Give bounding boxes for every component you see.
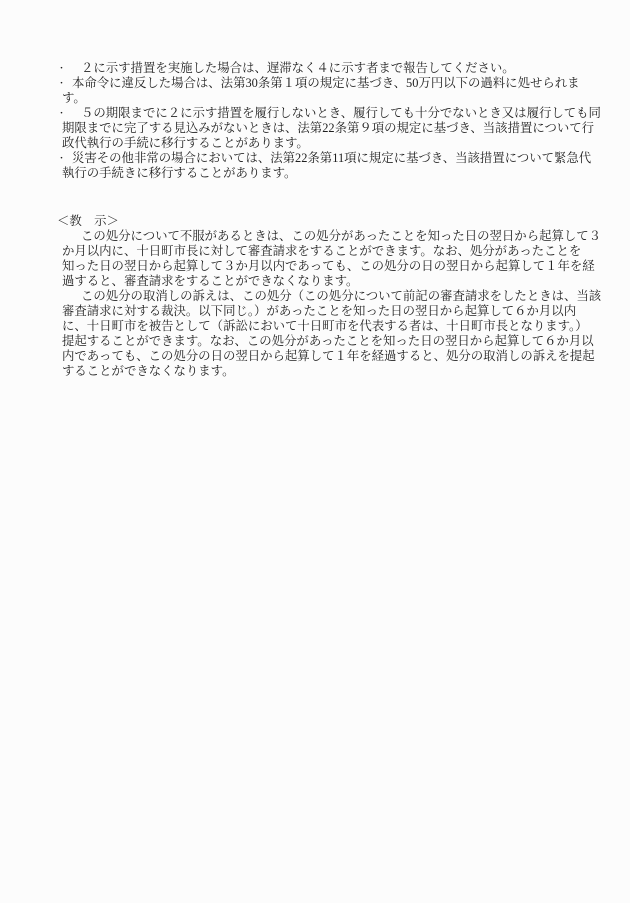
paragraph-line: か月以内に、十日町市長に対して審査請求をすることができます。なお、処分があったこ… [62, 244, 630, 259]
bullet-marker: ・ [57, 106, 71, 121]
bullet-list: ・ ２に示す措置を実施した場合は、遅滞なく４に示す者まで報告してください。 ・ … [0, 61, 630, 181]
notice-paragraph-appeal-request: この処分について不服があるときは、この処分があったことを知った日の翌日から起算し… [0, 229, 630, 289]
bullet-marker: ・ [57, 151, 71, 166]
paragraph-line: 審査請求に対する裁決。以下同じ。）があったことを知った日の翌日から起算して６か月… [62, 304, 630, 319]
bullet-line: 本命令に違反した場合は、法第30条第１項の規定に基づき、50万円以下の過料に処せ… [72, 76, 630, 91]
paragraph-line: 内であっても、この処分の日の翌日から起算して１年を経過すると、処分の取消しの訴え… [62, 349, 630, 364]
bullet-item-administrative-execution: ・ ５の期限までに２に示す措置を履行しないとき、履行しても十分でないとき又は履行… [0, 106, 630, 151]
paragraph-line: に、十日町市を被告として（訴訟において十日町市を代表する者は、十日町市長となりま… [62, 319, 630, 334]
document-content: ・ ２に示す措置を実施した場合は、遅滞なく４に示す者まで報告してください。 ・ … [0, 0, 630, 379]
bullet-line: 執行の手続きに移行することがあります。 [62, 166, 630, 181]
bullet-marker: ・ [57, 61, 71, 76]
paragraph-line: 知った日の翌日から起算して３か月以内であっても、この処分の日の翌日から起算して１… [62, 259, 630, 274]
notice-paragraph-revocation-suit: この処分の取消しの訴えは、この処分（この処分について前記の審査請求をしたときは、… [0, 289, 630, 379]
paragraph-line: この処分について不服があるときは、この処分があったことを知った日の翌日から起算し… [81, 229, 630, 244]
bullet-item-report: ・ ２に示す措置を実施した場合は、遅滞なく４に示す者まで報告してください。 [0, 61, 630, 76]
paragraph-line: 提起することができます。なお、この処分があったことを知った日の翌日から起算して６… [62, 334, 630, 349]
paragraph-line: この処分の取消しの訴えは、この処分（この処分について前記の審査請求をしたときは、… [81, 289, 630, 304]
bullet-line: 政代執行の手続に移行することがあります。 [62, 136, 630, 151]
paragraph-line: することができなくなります。 [62, 364, 630, 379]
bullet-item-emergency-execution: ・ 災害その他非常の場合においては、法第22条第11項に規定に基づき、当該措置に… [0, 151, 630, 181]
notice-section-header: ＜教 示＞ [57, 214, 630, 229]
bullet-line: ５の期限までに２に示す措置を履行しないとき、履行しても十分でないとき又は履行して… [81, 106, 630, 121]
paragraph-line: 過すると、審査請求をすることができなくなります。 [62, 274, 630, 289]
bullet-line: す。 [62, 91, 630, 106]
document-page: ・ ２に示す措置を実施した場合は、遅滞なく４に示す者まで報告してください。 ・ … [0, 0, 630, 903]
bullet-line: ２に示す措置を実施した場合は、遅滞なく４に示す者まで報告してください。 [81, 61, 630, 76]
bullet-item-penalty: ・ 本命令に違反した場合は、法第30条第１項の規定に基づき、50万円以下の過料に… [0, 76, 630, 106]
bullet-line: 災害その他非常の場合においては、法第22条第11項に規定に基づき、当該措置につい… [72, 151, 630, 166]
notice-section: ＜教 示＞ この処分について不服があるときは、この処分があったことを知った日の翌… [0, 214, 630, 379]
bullet-marker: ・ [57, 76, 71, 91]
bullet-line: 期限までに完了する見込みがないときは、法第22条第９項の規定に基づき、当該措置に… [62, 121, 630, 136]
